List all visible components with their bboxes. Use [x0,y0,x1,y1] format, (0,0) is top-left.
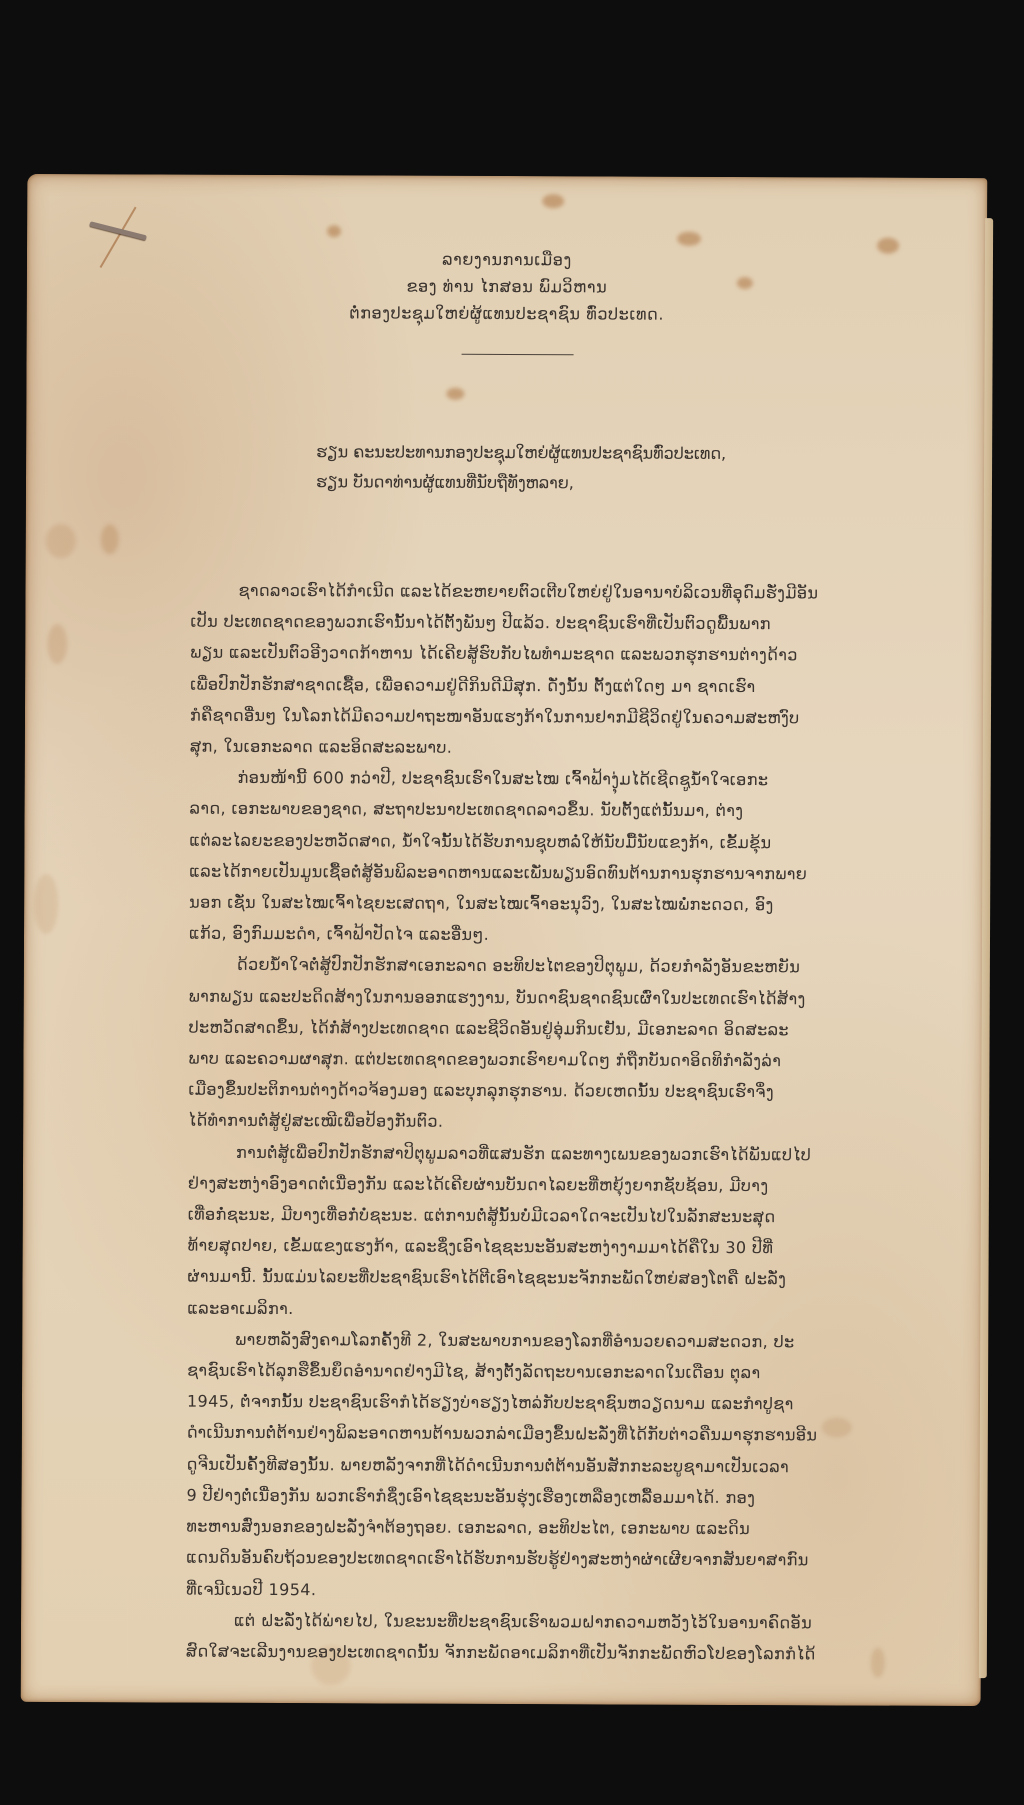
stain [677,232,701,246]
body-line: 9 ປີຢ່າງຕໍ່ເນື່ອງກັນ ພວກເຮົາກໍຊຶ່ງເອົາໄຊ… [187,1480,957,1515]
body-line: ພາບ ແລະຄວາມຜາສຸກ. ແຕ່ປະເທດຊາດຂອງພວກເຮົາຍ… [188,1043,958,1078]
body-line: ເປັນ ປະເທດຊາດຂອງພວກເຮົານັ້ນາໄດ້ຕັ້ງພັນໆ … [190,606,960,641]
body-line: ລາດ, ເອກະພາບຂອງຊາດ, ສະຖາປະນາປະເທດຊາດລາວຂ… [190,793,960,828]
body-line: ນອກ ເຊັ່ນ ໃນສະໄໝເຈົ້າໄຊຍະເສດຖາ, ໃນສະໄໝເຈ… [189,887,959,922]
body-line: ທ້າຍສຸດປາຍ, ເຂັ້ມແຂງແຮງກ້າ, ແລະຊຶ່ງເອົາໄ… [188,1230,958,1265]
body-line: ແຕ່ລະໄລຍະຂອງປະຫວັດສາດ, ນ້ຳໃຈນັ້ນໄດ້ຮັບກາ… [189,824,959,859]
body-line: ທີ່ເຈນີເນວປີ 1954. [186,1573,956,1608]
body-line: ປະຫວັດສາດຂຶ້ນ, ໄດ້ກໍ່ສ້າງປະເທດຊາດ ແລະຊີວ… [189,1011,959,1046]
body-line: ສົດໃສຈະເລີນງານຂອງປະເທດຊາດນັ້ນ ຈັກກະພັດອາ… [186,1636,956,1671]
body-line: ແລະໄດ້ກາຍເປັນມູນເຊື້ອຕໍ່ສູ້ອັນພິລະອາດຫານ… [189,855,959,890]
stain [327,225,341,237]
stain [46,524,76,558]
body-line: ແລະອາເມລິກາ. [187,1292,957,1327]
body-line: ກໍຄືຊາດອື່ນໆ ໃນໂລກໄດ້ມີຄວາມປາຖະໜາອັນແຮງກ… [190,699,960,734]
document-title: ລາຍງານການເມືອງ ຂອງ ທ່ານ ໄກສອນ ພົມວິຫານ ຕ… [27,244,987,329]
body-line: ຊາດລາວເຮົາໄດ້ກຳເນີດ ແລະໄດ້ຂະຫຍາຍຕົວເຕີບໃ… [190,575,960,610]
salutation-line: ຮຽນ ຄະນະປະທານກອງປະຊຸມໃຫຍ່ຜູ້ແທນປະຊາຊົນທົ… [316,437,726,469]
body-text: ຊາດລາວເຮົາໄດ້ກຳເນີດ ແລະໄດ້ຂະຫຍາຍຕົວເຕີບໃ… [186,575,961,1670]
stain [542,194,564,208]
body-line: ສຸກ, ໃນເອກະລາດ ແລະອິດສະລະພາບ. [190,731,960,766]
body-line: ແຕ່ ຝະລັ່ງໄດ້ພ່າຍໄປ, ໃນຂະນະທີ່ປະຊາຊົນເຮົ… [186,1604,956,1639]
body-line: ແກ້ວ, ອົງກົມມະດຳ, ເຈົ້າຟ້າປັດໄຈ ແລະອື່ນໆ… [189,918,959,953]
stain [101,524,119,554]
document-page: ລາຍງານການເມືອງ ຂອງ ທ່ານ ໄກສອນ ພົມວິຫານ ຕ… [21,174,988,1706]
body-line: ພາກພຽນ ແລະປະດິດສ້າງໃນການອອກແຮງງານ, ບັນດາ… [189,980,959,1015]
body-line: ຢ່າງສະຫງ່າອົງອາດຕໍ່ເນື່ອງກັນ ແລະໄດ້ເຄີຍຜ… [188,1167,958,1202]
body-line: ພຽນ ແລະເປັນຕົວອີງວາດກ້າຫານ ໄດ້ເຄີຍສູ້ຮົບ… [190,637,960,672]
title-line: ຂອງ ທ່ານ ໄກສອນ ພົມວິຫານ [27,271,987,302]
body-line: ຜ່ານມານີ້. ນັ້ນແມ່ນໄລຍະທີ່ປະຊາຊົນເຮົາໄດ້… [187,1261,957,1296]
body-line: ແດນດິນອັນຄົບຖ້ວນຂອງປະເທດຊາດເຮົາໄດ້ຮັບການ… [186,1542,956,1577]
salutation: ຮຽນ ຄະນະປະທານກອງປະຊຸມໃຫຍ່ຜູ້ແທນປະຊາຊົນທົ… [316,437,726,499]
title-line: ຕໍ່ກອງປະຊຸມໃຫຍ່ຜູ້ແທນປະຊາຊົນ ທົ່ວປະເທດ. [27,298,987,329]
stain [446,388,464,400]
salutation-line: ຮຽນ ບັນດາທ່ານຜູ້ແທນທີ່ນັບຖືທັງຫລາຍ, [316,467,726,499]
body-line: 1945, ຕໍ່ຈາກນັ້ນ ປະຊາຊົນເຮົາກໍໄດ້ຮຽງບ່າຮ… [187,1386,957,1421]
body-line: ພາຍຫລັງສົງຄາມໂລກຄັ້ງທີ 2, ໃນສະພາບການຂອງໂ… [187,1323,957,1358]
body-line: ໄດ້ທຳການຕໍ່ສູ້ຢູ່ສະເໝີເພື່ອປ້ອງກັນຕົວ. [188,1105,958,1140]
body-line: ທະຫານສົ່ງນອກຂອງຝະລັ່ງຈຳຕ້ອງຖອຍ. ເອກະລາດ,… [186,1511,956,1546]
page-edge [979,218,993,1678]
title-line: ລາຍງານການເມືອງ [27,244,987,275]
body-line: ດ້ວຍນ້ຳໃຈຕໍ່ສູ້ປົກປັກຮັກສາເອກະລາດ ອະທິປະ… [189,949,959,984]
body-line: ເພື່ອປົກປັກຮັກສາຊາດເຊື້ອ, ເພື່ອຄວາມຢູ່ດີ… [190,668,960,703]
body-line: ເທື່ອກໍ່ຊະນະ, ມີບາງເທື່ອກໍ່ບໍ່ຊະນະ. ແຕ່ກ… [188,1199,958,1234]
body-line: ກ່ອນໜ້ານີ້ 600 ກວ່າປີ, ປະຊາຊົນເຮົາໃນສະໄໝ… [190,762,960,797]
body-line: ເມືອງຂຶ້ນປະຕິການຕ່າງດ້າວຈ້ອງມອງ ແລະບຸກລຸ… [188,1074,958,1109]
title-underline [462,354,574,355]
body-line: ຊາຊົນເຮົາໄດ້ລຸກຮືຂຶ້ນຍຶດອຳນາດຢ່າງມີໄຊ, ສ… [187,1355,957,1390]
body-line: ດູຈີນເປັນຄັ້ງທີສອງນັ້ນ. ພາຍຫລັງຈາກທີ່ໄດ້… [187,1448,957,1483]
body-line: ດຳເນີນການຕໍ່ຕ້ານຢ່າງພິລະອາດຫານຕ້ານພວກລ່າ… [187,1417,957,1452]
body-line: ການຕໍ່ສູ້ເພື່ອປົກປັກຮັກສາປິຕຸພູມລາວທີ່ແສ… [188,1136,958,1171]
stain [34,874,58,934]
stain [47,624,67,664]
